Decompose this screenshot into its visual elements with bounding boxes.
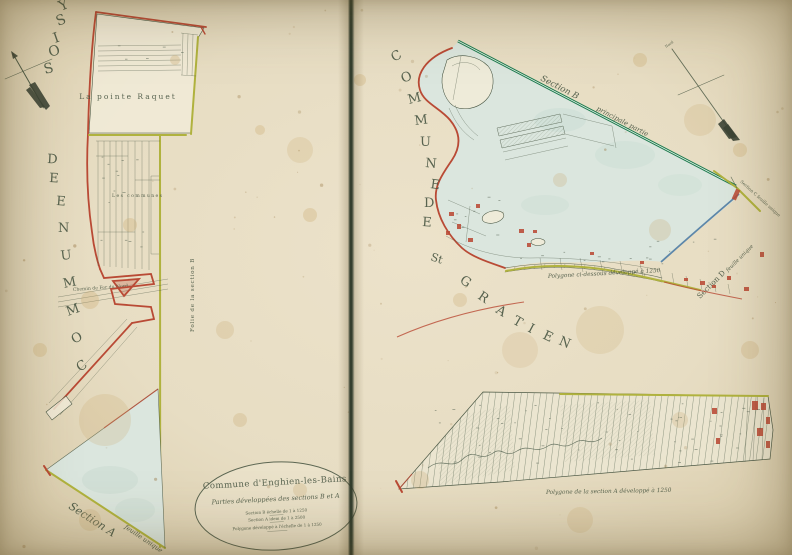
illegible-number-mark bbox=[669, 251, 670, 252]
illegible-number-mark bbox=[488, 197, 491, 198]
illegible-number-mark bbox=[479, 445, 481, 446]
foxing-stain bbox=[502, 332, 538, 368]
map-letter: C bbox=[389, 47, 405, 65]
map-letter: O bbox=[69, 329, 85, 347]
paper-speck bbox=[73, 244, 76, 247]
illegible-number-mark bbox=[757, 409, 760, 410]
paper-speck bbox=[471, 188, 472, 189]
paper-speck bbox=[609, 442, 612, 445]
small-parcel bbox=[46, 396, 72, 420]
illegible-number-mark bbox=[514, 422, 516, 423]
foxing-stain bbox=[354, 74, 366, 86]
map-letter: O bbox=[399, 69, 415, 87]
illegible-number-mark bbox=[541, 255, 544, 256]
illegible-number-mark bbox=[478, 457, 481, 458]
paper-speck bbox=[152, 181, 153, 182]
paper-speck bbox=[465, 286, 467, 288]
illegible-number-mark bbox=[501, 423, 503, 424]
paper-speck bbox=[293, 26, 295, 28]
illegible-number-mark bbox=[674, 441, 676, 442]
illegible-number-mark bbox=[759, 428, 761, 429]
foxing-stain bbox=[576, 306, 624, 354]
illegible-number-mark bbox=[564, 252, 566, 253]
illegible-number-mark bbox=[710, 421, 711, 422]
paper-speck bbox=[560, 514, 561, 515]
illegible-number-mark bbox=[646, 258, 648, 259]
paper-speck bbox=[354, 515, 355, 516]
paper-speck bbox=[106, 447, 108, 449]
foxing-stain bbox=[567, 507, 593, 533]
boundary-red-zigzag bbox=[100, 269, 154, 323]
illegible-number-mark bbox=[678, 417, 679, 418]
paper-speck bbox=[257, 197, 258, 198]
illegible-number-mark bbox=[462, 227, 465, 228]
paper-speck bbox=[303, 276, 305, 278]
paper-speck bbox=[348, 411, 349, 412]
paper-speck bbox=[502, 212, 503, 213]
paper-speck bbox=[419, 145, 420, 146]
paper-speck bbox=[767, 178, 770, 181]
illegible-number-mark bbox=[680, 417, 682, 418]
illegible-number-mark bbox=[489, 452, 491, 453]
st-abbrev: St bbox=[429, 250, 445, 266]
paper-speck bbox=[373, 250, 374, 251]
map-letter: E bbox=[422, 215, 433, 231]
section-c-label: Section C feuille unique bbox=[739, 180, 782, 219]
paper-speck bbox=[411, 60, 414, 63]
illegible-number-mark bbox=[649, 259, 652, 260]
foxing-stain bbox=[255, 125, 265, 135]
illegible-number-mark bbox=[136, 159, 138, 160]
map-letter: G bbox=[457, 273, 474, 291]
map-letter: M bbox=[414, 112, 429, 129]
map-letter: N bbox=[425, 156, 438, 172]
section-b-edge-label: Folie de la section B bbox=[190, 258, 196, 332]
illegible-number-mark bbox=[721, 436, 723, 437]
illegible-number-mark bbox=[691, 439, 694, 440]
paper-speck bbox=[752, 317, 754, 319]
illegible-number-mark bbox=[101, 240, 103, 241]
illegible-number-mark bbox=[122, 160, 124, 161]
illegible-number-mark bbox=[714, 239, 717, 240]
illegible-number-mark bbox=[125, 59, 128, 60]
illegible-number-mark bbox=[497, 418, 500, 419]
foxing-stain bbox=[411, 471, 429, 489]
paper-speck bbox=[781, 107, 784, 110]
illegible-number-mark bbox=[602, 261, 604, 262]
map-letter: E bbox=[49, 171, 59, 186]
left-page-soisy-strip-map: COMMUNE DE SOISY La pointe Raquet Les co… bbox=[5, 0, 359, 555]
paper-speck bbox=[617, 73, 619, 75]
paper-speck bbox=[368, 244, 371, 247]
illegible-number-mark bbox=[439, 423, 441, 424]
illegible-number-mark bbox=[117, 175, 119, 176]
illegible-number-mark bbox=[108, 164, 110, 165]
paper-speck bbox=[776, 111, 779, 114]
map-letter: S bbox=[42, 60, 55, 78]
illegible-number-mark bbox=[606, 432, 608, 433]
paper-speck bbox=[604, 148, 607, 151]
paper-speck bbox=[684, 446, 687, 449]
illegible-number-mark bbox=[695, 449, 698, 450]
illegible-number-mark bbox=[102, 178, 105, 179]
paper-speck bbox=[171, 31, 173, 33]
paper-speck bbox=[634, 58, 635, 59]
illegible-number-mark bbox=[720, 435, 723, 436]
illegible-number-mark bbox=[476, 428, 479, 429]
illegible-number-mark bbox=[116, 171, 119, 172]
compass-north-arrow-left bbox=[5, 51, 52, 110]
illegible-number-mark bbox=[140, 247, 142, 248]
illegible-number-mark bbox=[675, 420, 677, 421]
paper-speck bbox=[298, 150, 300, 152]
illegible-number-mark bbox=[671, 419, 673, 420]
illegible-number-mark bbox=[561, 428, 563, 429]
illegible-number-mark bbox=[657, 241, 660, 242]
illegible-number-mark bbox=[584, 260, 586, 261]
foxing-stain bbox=[649, 219, 671, 241]
illegible-number-mark bbox=[710, 461, 713, 462]
paper-speck bbox=[736, 273, 738, 275]
paper-speck bbox=[324, 10, 326, 12]
illegible-number-mark bbox=[525, 410, 526, 411]
illegible-number-mark bbox=[498, 200, 500, 201]
neighbor-de-label-right: DE bbox=[422, 196, 435, 231]
illegible-number-mark bbox=[118, 45, 121, 46]
map-letter: N bbox=[556, 334, 572, 352]
foxing-stain bbox=[123, 218, 137, 232]
illegible-number-mark bbox=[129, 241, 132, 242]
cadastral-atlas-scan: COMMUNE DE SOISY La pointe Raquet Les co… bbox=[0, 0, 792, 555]
paper-speck bbox=[359, 184, 360, 185]
paper-speck bbox=[361, 9, 364, 12]
illegible-number-mark bbox=[125, 240, 127, 241]
illegible-number-mark bbox=[102, 157, 104, 158]
paper-speck bbox=[320, 184, 323, 187]
paper-speck bbox=[708, 251, 709, 252]
illegible-number-mark bbox=[736, 448, 739, 449]
neighbor-commune-label-soisy-word: SOISY bbox=[42, 0, 72, 78]
illegible-number-mark bbox=[146, 58, 149, 59]
parcel-pointe-raquet bbox=[89, 14, 204, 133]
paper-speck bbox=[234, 216, 236, 218]
foxing-stain bbox=[79, 509, 101, 531]
illegible-number-mark bbox=[520, 258, 522, 259]
illegible-number-mark bbox=[637, 431, 638, 432]
neighbor-commune-label-de: DE bbox=[47, 152, 59, 186]
paper-speck bbox=[245, 191, 247, 193]
foxing-stain bbox=[672, 412, 688, 428]
paper-speck bbox=[250, 340, 251, 341]
illegible-number-mark bbox=[721, 412, 723, 413]
section-d-sublabel: feuille unique bbox=[724, 244, 754, 274]
illegible-number-mark bbox=[473, 211, 475, 212]
illegible-number-mark bbox=[109, 202, 110, 203]
illegible-number-mark bbox=[629, 414, 632, 415]
right-bottom-map-polygon-a: Polygone de la section A développé à 125… bbox=[396, 385, 773, 496]
illegible-number-mark bbox=[114, 191, 116, 192]
foxing-stain bbox=[733, 143, 747, 157]
paper-speck bbox=[448, 360, 449, 361]
foxing-stain bbox=[303, 208, 317, 222]
illegible-number-mark bbox=[598, 256, 601, 257]
paper-speck bbox=[625, 131, 627, 133]
paper-speck bbox=[289, 33, 291, 35]
map-letter: U bbox=[60, 248, 73, 264]
illegible-number-mark bbox=[535, 405, 537, 406]
parcel-label-pointe-raquet: La pointe Raquet bbox=[79, 92, 177, 101]
paper-speck bbox=[775, 302, 776, 303]
foxing-stain bbox=[33, 343, 47, 357]
illegible-number-mark bbox=[578, 450, 579, 451]
paper-speck bbox=[344, 387, 345, 388]
illegible-number-mark bbox=[142, 232, 144, 233]
illegible-number-mark bbox=[619, 440, 621, 441]
foxing-stain bbox=[633, 53, 647, 67]
north-label: Nord bbox=[664, 40, 675, 49]
map-letter: U bbox=[420, 135, 431, 150]
foxing-stain bbox=[453, 293, 467, 307]
paper-speck bbox=[646, 295, 647, 296]
paper-speck bbox=[297, 172, 298, 173]
illegible-number-mark bbox=[435, 410, 437, 411]
illegible-number-mark bbox=[678, 462, 681, 463]
paper-speck bbox=[380, 303, 382, 305]
paper-speck bbox=[237, 95, 240, 98]
illegible-number-mark bbox=[452, 409, 455, 410]
illegible-number-mark bbox=[465, 216, 467, 217]
paper-speck bbox=[523, 322, 525, 324]
illegible-number-mark bbox=[181, 52, 184, 53]
illegible-number-mark bbox=[747, 411, 750, 412]
polygon-a-caption: Polygone de la section A développé à 125… bbox=[545, 487, 672, 496]
map-letter: T bbox=[510, 313, 525, 330]
paper-speck bbox=[757, 296, 758, 297]
paper-speck bbox=[46, 404, 47, 405]
paper-speck bbox=[23, 259, 25, 261]
paper-speck bbox=[495, 506, 498, 509]
paper-speck bbox=[592, 86, 594, 88]
illegible-number-mark bbox=[542, 445, 545, 446]
foxing-stain bbox=[553, 173, 567, 187]
illegible-number-mark bbox=[608, 259, 610, 260]
illegible-number-mark bbox=[454, 462, 457, 463]
paper-speck bbox=[584, 307, 587, 310]
map-letter: M bbox=[64, 301, 82, 320]
foxing-stain bbox=[216, 321, 234, 339]
foxing-stain bbox=[293, 483, 307, 497]
foxing-stain bbox=[741, 341, 759, 359]
paper-speck bbox=[154, 478, 157, 481]
illegible-number-mark bbox=[496, 235, 499, 236]
paper-speck bbox=[450, 423, 452, 425]
illegible-number-mark bbox=[163, 47, 166, 48]
paper-speck bbox=[425, 75, 428, 78]
illegible-number-mark bbox=[123, 192, 126, 193]
map-letter: S bbox=[54, 11, 69, 29]
title-cartouche: Commune d'Enghien-les-Bains Parties déve… bbox=[193, 458, 359, 554]
illegible-number-mark bbox=[662, 263, 664, 264]
paper-speck bbox=[381, 358, 383, 360]
illegible-number-mark bbox=[742, 408, 745, 409]
illegible-number-mark bbox=[479, 405, 481, 406]
map-letter: D bbox=[424, 196, 434, 211]
parcel-label-les-communes: Les communes bbox=[112, 193, 163, 199]
paper-speck bbox=[267, 485, 270, 488]
illegible-number-mark bbox=[536, 463, 539, 464]
right-top-map-section-b: Section C feuille unique Section D feuil… bbox=[389, 40, 782, 352]
illegible-number-mark bbox=[740, 434, 742, 435]
illegible-number-mark bbox=[693, 242, 694, 243]
paper-speck bbox=[399, 89, 402, 92]
paper-speck bbox=[274, 216, 275, 217]
illegible-number-mark bbox=[649, 246, 651, 247]
illegible-number-mark bbox=[597, 402, 599, 403]
paper-speck bbox=[298, 110, 301, 113]
illegible-number-mark bbox=[615, 449, 618, 450]
paper-speck bbox=[174, 188, 177, 191]
foxing-stain bbox=[233, 413, 247, 427]
paper-speck bbox=[664, 465, 667, 468]
paper-speck bbox=[535, 547, 538, 550]
map-letter: N bbox=[58, 221, 69, 236]
illegible-number-mark bbox=[456, 214, 458, 215]
illegible-number-mark bbox=[549, 418, 551, 419]
illegible-number-mark bbox=[682, 403, 684, 404]
illegible-number-mark bbox=[454, 219, 457, 220]
foxing-stain bbox=[170, 55, 180, 65]
arrow-tip bbox=[11, 51, 18, 59]
map-letter: D bbox=[47, 152, 58, 168]
illegible-number-mark bbox=[630, 258, 632, 259]
paper-speck bbox=[421, 464, 424, 467]
illegible-number-mark bbox=[617, 409, 618, 410]
illegible-number-mark bbox=[679, 451, 681, 452]
illegible-number-mark bbox=[719, 426, 721, 427]
les-communes-strip-parcels bbox=[96, 141, 160, 270]
foxing-stain bbox=[81, 291, 99, 309]
paper-speck bbox=[233, 228, 234, 229]
illegible-number-mark bbox=[545, 429, 547, 430]
foxing-stain bbox=[684, 104, 716, 136]
neighbor-commune-label-soisy: COMMUNE bbox=[56, 194, 91, 375]
illegible-number-mark bbox=[519, 438, 522, 439]
map-letter: R bbox=[475, 289, 493, 308]
paper-speck bbox=[22, 545, 25, 548]
foxing-stain bbox=[79, 394, 131, 446]
paper-speck bbox=[380, 488, 381, 489]
map-letter: E bbox=[56, 194, 67, 210]
paper-speck bbox=[497, 372, 498, 373]
illegible-number-mark bbox=[631, 459, 633, 460]
paper-speck bbox=[5, 290, 8, 293]
map-letter: E bbox=[540, 328, 555, 346]
foxing-stain bbox=[287, 137, 313, 163]
